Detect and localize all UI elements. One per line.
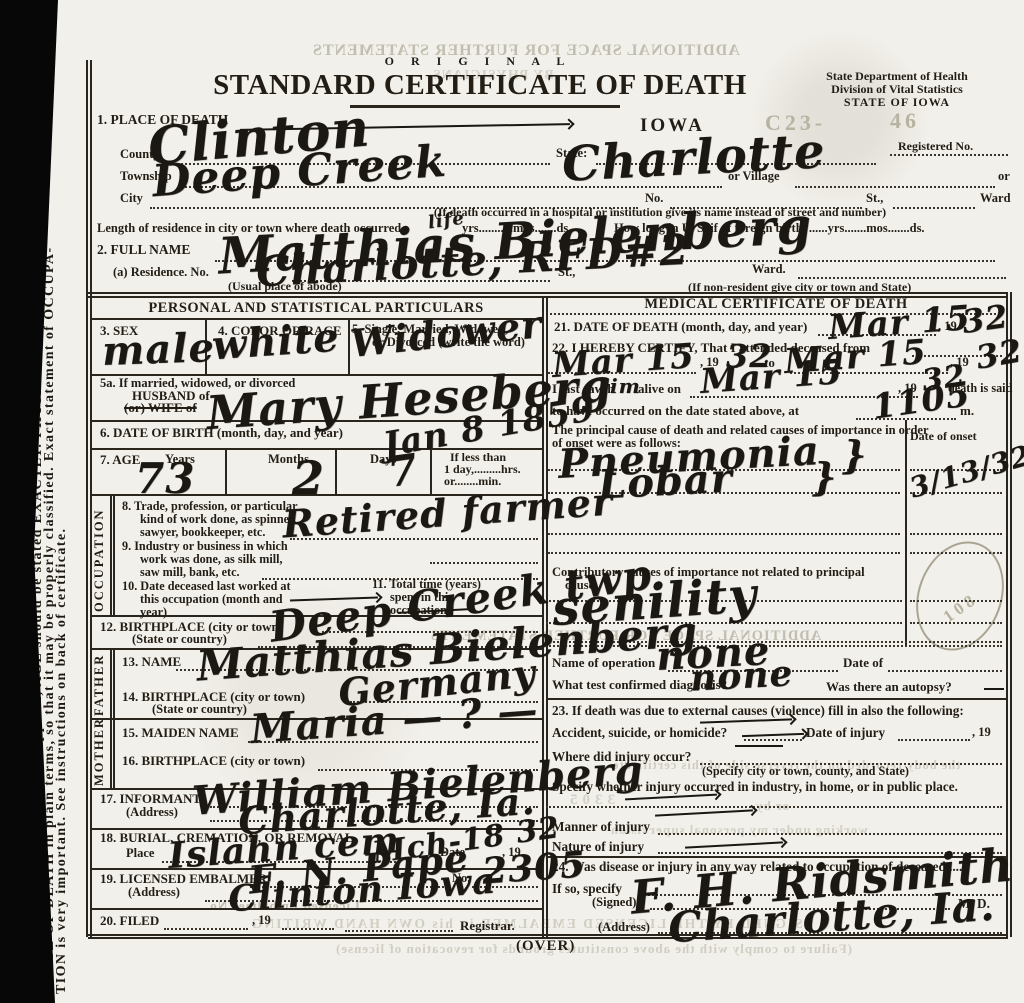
last-worked-label-1: 10. Date deceased last worked at xyxy=(122,580,291,593)
father-name-label: 13. NAME xyxy=(122,655,181,669)
nonresident-note: (If non-resident give city or town and S… xyxy=(688,281,911,294)
filed-label: 20. FILED xyxy=(100,914,159,928)
dept-line2: Division of Vital Statistics xyxy=(831,83,963,96)
mother-birthplace-label: 16. BIRTHPLACE (city or town) xyxy=(122,754,305,768)
maiden-name-label: 15. MAIDEN NAME xyxy=(122,726,239,740)
autopsy-label: Was there an autopsy? xyxy=(826,680,952,694)
where-dash xyxy=(735,745,783,747)
dod-year-value: 32 xyxy=(960,300,1011,338)
form-left-border-inner xyxy=(90,60,92,937)
certificate-title: STANDARD CERTIFICATE OF DEATH xyxy=(213,70,747,100)
specify-dash-1 xyxy=(625,794,717,801)
spouse-wife-label: (or) WIFE of xyxy=(124,401,197,415)
date-of-death-label: 21. DATE OF DEATH (month, day, and year) xyxy=(554,320,807,334)
attended-to-year: 32 xyxy=(974,334,1024,374)
trade-label-2: kind of work done, as spinner, xyxy=(140,513,296,526)
village-or-suffix: or xyxy=(998,170,1010,183)
registered-no-label: Registered No. xyxy=(898,140,973,153)
last-saw-value: Mar 15 xyxy=(699,355,844,399)
industry-label-2: work was done, as silk mill, xyxy=(140,553,283,566)
father-birthplace-sub: (State or country) xyxy=(152,703,247,716)
sex-value: male xyxy=(101,328,215,372)
manner-label: Manner of injury xyxy=(552,820,650,834)
accident-dash-1 xyxy=(700,718,792,723)
age-years-value: 73 xyxy=(135,458,195,500)
autopsy-dash xyxy=(984,688,1004,690)
accident-dash-2 xyxy=(742,733,804,737)
cause-value-2: Lobar xyxy=(597,459,734,506)
city-label: City xyxy=(120,192,143,205)
embalmer-no-value: 2305 xyxy=(481,846,587,889)
age-less-label-3: or........min. xyxy=(444,475,501,488)
city-ward-label: Ward xyxy=(980,192,1011,205)
specify-dash-2 xyxy=(655,809,753,816)
informant-label: 17. INFORMANT xyxy=(100,792,201,806)
cause-brace-1: } xyxy=(842,436,867,474)
death-certificate-page: N. B.—WRITE PLAINLY, WITH UNFADING INK—T… xyxy=(0,0,1024,1003)
nature-dash xyxy=(685,841,783,848)
dept-line3: STATE OF IOWA xyxy=(844,96,950,109)
cause-brace-2: } xyxy=(812,458,837,496)
last-worked-label-2: this occupation (month and xyxy=(140,593,283,606)
form-left-border xyxy=(86,60,88,937)
age-months-value: 2 xyxy=(292,455,325,501)
trade-label-3: sawyer, bookkeeper, etc. xyxy=(140,526,265,539)
time-of-death-value: 1105 xyxy=(870,377,972,424)
occupation-side-label: OCCUPATION xyxy=(92,500,107,612)
where-sub-label: (Specify city or town, county, and State… xyxy=(702,765,909,778)
registrar-label: Registrar. xyxy=(460,919,515,933)
injury-year-prefix: , 19 xyxy=(972,726,991,739)
informant-address-label: (Address) xyxy=(126,806,178,819)
test-value: none xyxy=(689,655,794,696)
city-st-label: St., xyxy=(866,192,883,205)
last-worked-label-3: year) xyxy=(140,606,167,619)
full-name-label: 2. FULL NAME xyxy=(97,243,190,257)
residence-ward-label: Ward. xyxy=(752,263,786,276)
accident-label: Accident, suicide, or homicide? xyxy=(552,726,727,740)
embalmer-address-label: (Address) xyxy=(128,886,180,899)
title-underline xyxy=(350,105,620,108)
residence-a-label: (a) Residence. No. xyxy=(113,266,209,279)
race-value: white xyxy=(211,318,341,367)
age-days-value: 7 xyxy=(385,448,421,494)
alive-on-label: alive on xyxy=(638,382,681,396)
village-value-handwritten: Charlotte xyxy=(561,127,827,189)
original-label: O R I G I N A L xyxy=(385,55,572,68)
over-label: (OVER) xyxy=(516,939,575,955)
operation-date-label: Date of xyxy=(843,656,883,670)
date-of-onset-label: Date of onset xyxy=(910,430,977,443)
mother-side-label: MOTHER xyxy=(92,720,107,786)
industry-label-1: 9. Industry or business in which xyxy=(122,540,288,553)
burial-place-label: Place xyxy=(126,847,154,860)
margin-note-line4: TION is very important. See instructions… xyxy=(54,528,70,994)
father-side-label: FATHER xyxy=(92,650,107,716)
injury-date-label: Date of injury xyxy=(806,726,885,740)
industry-label-3: saw mill, bank, etc. xyxy=(140,566,240,579)
external-causes-label: 23. If death was due to external causes … xyxy=(552,704,964,718)
last-saw-him: im xyxy=(610,376,641,396)
contributory-value: senility xyxy=(551,571,759,633)
dept-line1: State Department of Health xyxy=(826,70,968,83)
registrar-stamp-right: 46 xyxy=(890,108,920,134)
